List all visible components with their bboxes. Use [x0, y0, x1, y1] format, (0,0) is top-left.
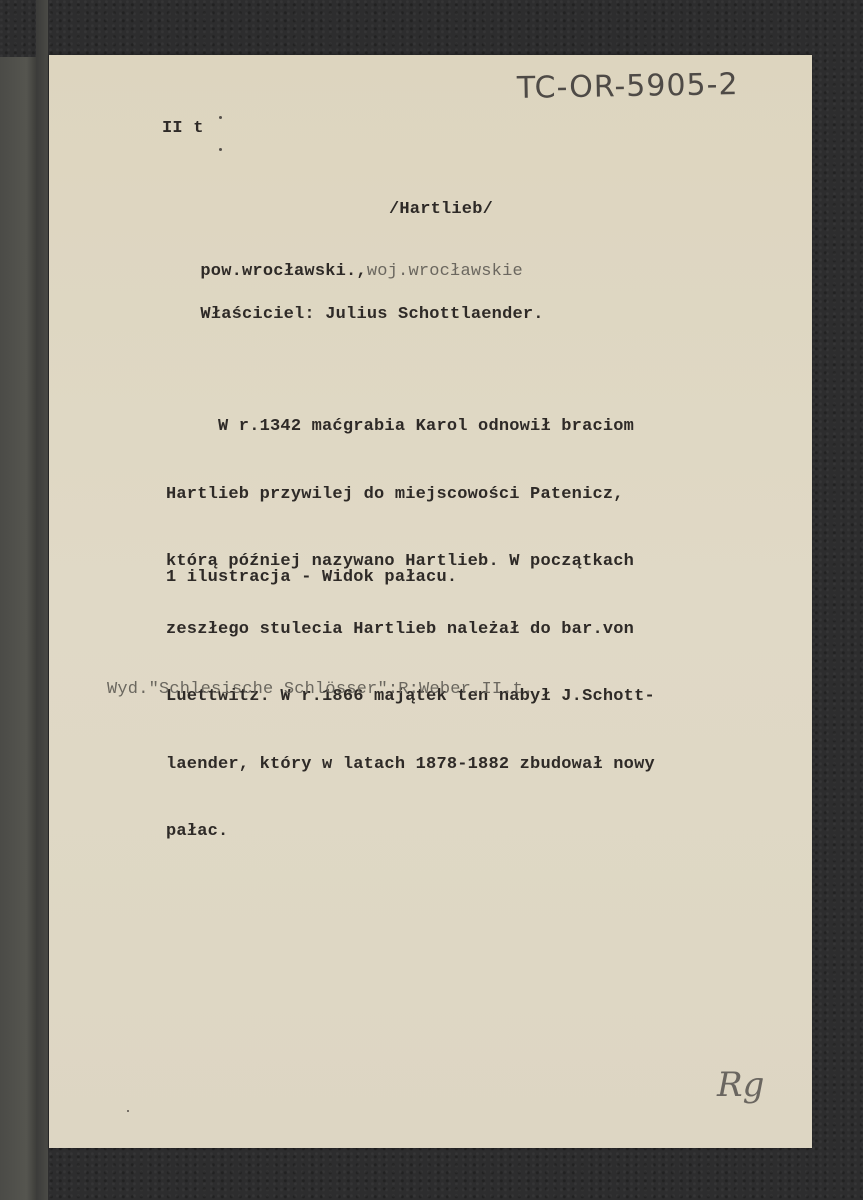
paragraph-line: Hartlieb przywilej do miejscowości Paten… — [166, 484, 655, 507]
document-page: TC-OR-5905-2 II t /Hartlieb/ pow.wrocław… — [49, 55, 812, 1148]
archive-signature: TC-OR-5905-2 — [517, 67, 739, 106]
owner-label: Właściciel: — [200, 305, 314, 324]
document-title: /Hartlieb/ — [389, 200, 493, 219]
paragraph-line: laender, który w latach 1878-1882 zbudow… — [166, 754, 655, 777]
typewriter-dot — [219, 148, 222, 151]
illustrations-note: 1 ilustracja - Widok pałacu. — [166, 568, 457, 587]
binder-shadow — [36, 0, 48, 1200]
paragraph-line: pałac. — [166, 821, 655, 844]
voivodeship: woj.wrocławskie — [367, 262, 523, 281]
handwritten-initials: Rg — [717, 1065, 764, 1105]
paragraph-line: zeszłego stulecia Hartlieb należał do ba… — [166, 619, 655, 642]
speck — [127, 1110, 129, 1112]
owner-name: Julius Schottlaender. — [325, 305, 543, 324]
district: pow.wrocławski., — [200, 262, 366, 281]
owner-line: Właściciel: Julius Schottlaender. — [162, 287, 544, 342]
history-paragraph: W r.1342 maćgrabia Karol odnowił braciom… — [166, 371, 655, 889]
paragraph-line: W r.1342 maćgrabia Karol odnowił braciom — [166, 416, 655, 439]
binder-edge — [0, 57, 38, 1200]
source-citation: Wyd."Schlesische Schlösser":R:Weber.II.t… — [107, 680, 533, 699]
volume-mark: II t — [162, 119, 204, 138]
typewriter-dot — [219, 116, 222, 119]
